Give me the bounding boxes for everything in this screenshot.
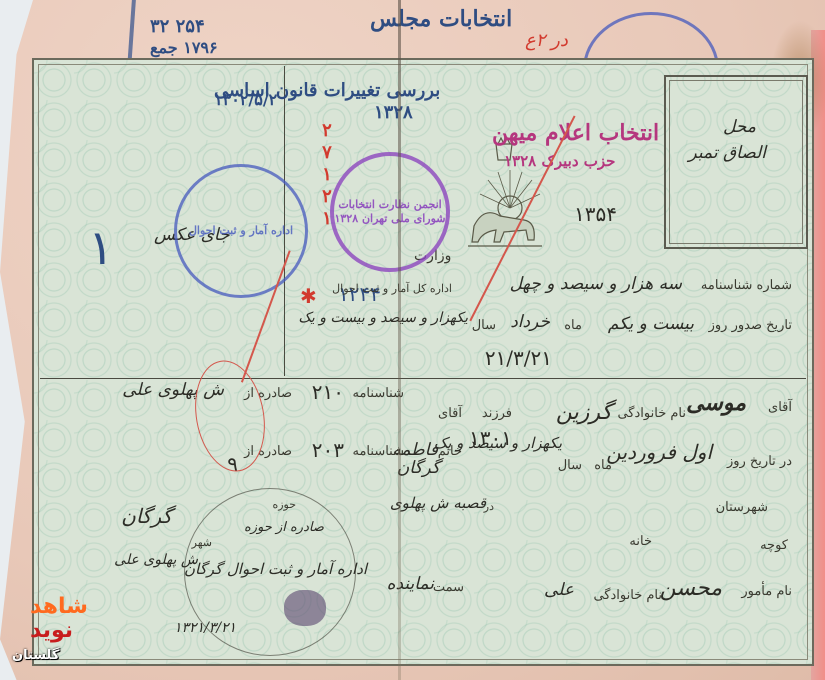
birth-year-label: سال <box>558 458 582 473</box>
officer-first-name: محسن <box>660 576 722 601</box>
red-note: در ۲ع <box>525 30 568 51</box>
red-asterisk-mark: ✱ <box>300 284 317 308</box>
magenta-stamp-line2: حزب دبیرک ۱۳۲۸ <box>504 152 615 170</box>
purple-election-seal: انجمن نظارت انتخابات شورای ملی تهران ۱۳۲… <box>330 152 450 272</box>
shahed-golestan-watermark: شاهد نوید گلستان <box>10 590 110 670</box>
mother-id-value: ۲۰۳ <box>312 438 344 462</box>
thumbprint <box>284 590 326 626</box>
birth-month-label: ماه <box>594 458 612 473</box>
office-signature: اداره آمار و ثبت احوال گرگان <box>184 560 367 578</box>
birth-year-value: یکهزار و سیصد و یک <box>434 434 562 452</box>
signature-date: ۱۳۲۱/۳/۲۱ <box>174 620 236 636</box>
city-value: گرگان <box>397 458 440 478</box>
family-name: گرزین <box>556 400 612 425</box>
officer-position-label: سمت <box>433 580 464 595</box>
issued-from-label: صادره از حوزه <box>244 520 324 535</box>
officer-family-name: علی <box>544 580 574 600</box>
registry-office-label: اداره کل آمار و ثبت احوال <box>332 282 452 295</box>
year-value: یکهزار و سیصد و بیست و یک <box>298 310 468 326</box>
officer-name-label: نام مأمور <box>741 584 792 599</box>
id-card: محل الصاق تمبر جای عکس ۱ ۲ ۷ ۱ ۲ ۱ بررسی… <box>32 58 814 666</box>
birth-date-value: اول فروردین <box>606 440 712 464</box>
issue-date-label: تاریخ صدور روز <box>709 318 792 333</box>
house-label: خانه <box>629 534 652 549</box>
month-label: ماه <box>564 318 582 333</box>
province-value: گرگان <box>121 504 172 528</box>
province-label: شهرستان <box>716 500 768 515</box>
son-of-label: فرزند <box>482 406 512 421</box>
photo-area-mark: ۱ <box>88 220 114 276</box>
father-id-value: ۲۱۰ <box>312 380 344 404</box>
mother-id-label: شناسنامه <box>353 444 405 459</box>
stamp-place-label-1: محل <box>723 117 756 137</box>
stamp-place-label-2: الصاق تمبر <box>689 143 767 163</box>
blue-stamp-line2: ۱۷۹۶ جمع <box>150 38 218 57</box>
ministry-serial-number: ۱۳۵۴ <box>574 202 617 226</box>
id-number-label: شماره شناسنامه <box>701 278 792 293</box>
birth-date-label: در تاریخ روز <box>727 454 792 469</box>
section-divider <box>40 378 806 379</box>
month-value: خرداد <box>510 312 550 332</box>
agha-label: آقای <box>768 400 792 415</box>
father-name-label: آقای <box>438 406 462 421</box>
officer-position-value: نماینده <box>387 574 434 594</box>
issue-date-value: بیست و یکم <box>608 314 694 334</box>
magenta-stamp-line1: انتخاب اعلام میهن <box>492 120 659 146</box>
year-label: سال <box>472 318 496 333</box>
father-id-label: شناسنامه <box>353 386 405 401</box>
family-name-label: نام خانوادگی <box>617 406 686 421</box>
officer-family-label: نام خانوادگی <box>593 588 662 603</box>
election-stamp-label: انتخابات مجلس <box>370 6 512 32</box>
law-stamp-year: ۱۳۲۸ <box>374 102 413 123</box>
stamp-place-box: محل الصاق تمبر <box>664 75 808 249</box>
blue-registry-seal: اداره آمار و ثبت احوال <box>174 164 308 298</box>
issue-date-numeric: ۲۱/۳/۲۱ <box>485 346 552 370</box>
paper-fold-crease <box>398 0 401 680</box>
birth-place-value: قصبه ش پهلوی <box>390 494 486 512</box>
alley-label: کوچه <box>760 538 788 553</box>
first-name: موسی <box>686 390 746 416</box>
id-number-value: سه هزار و سیصد و چهل <box>510 274 682 294</box>
blue-stamp-date: ۱۳۰۲/۵/۲ <box>214 90 277 109</box>
blue-stamp-numbers: ۲۵۴ ۳۲ <box>150 16 205 37</box>
